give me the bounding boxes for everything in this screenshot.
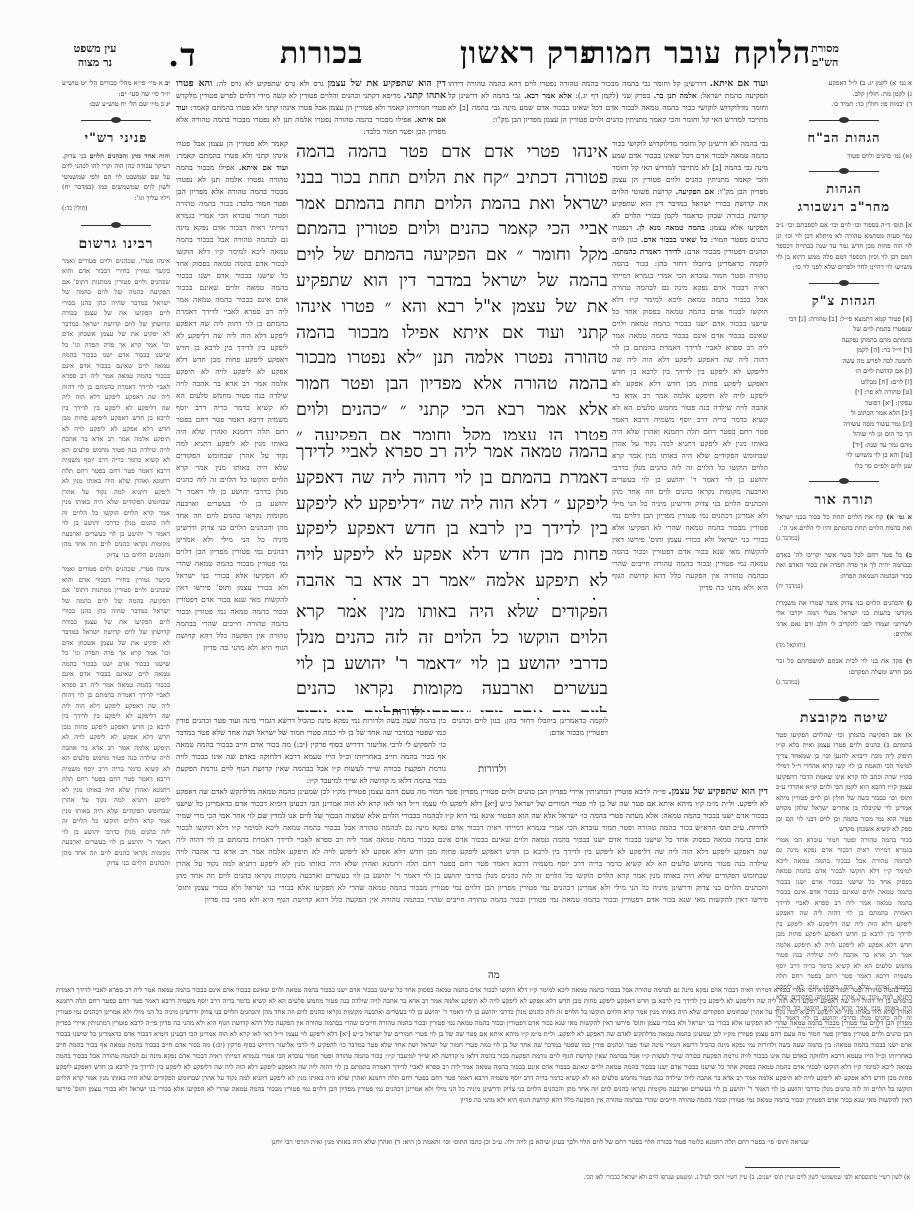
rashi-text-7: לוקמה כדאמרינן ביוזבלו דחזר בהן: (655, 259, 768, 268)
hagahot-tzk-entry: [טו] והא בן לוי משויעו לוי (776, 450, 912, 461)
gemara-line: אביי הכי קאמר כהנים ולוים פטורין בהמתם (296, 217, 608, 243)
rashi-column: גבי בהמה לא דרשינן קל וחומר מדלוקדוש לוק… (612, 138, 768, 698)
ein-mishpat-text: ב מיי׳ שם הל׳ יח טוש״ע שם: (89, 100, 164, 108)
tosafot-top-intro: גרס ולא גרס שתפקיע לא גרס לה: (216, 79, 323, 88)
gemara-line: ישראל ואת בהמת הלוים תחת בהמתם אמר (296, 192, 608, 218)
gemara-line: הפקודים שלא היה באותו מנין אמר קרא (296, 600, 608, 626)
ornament-divider (809, 695, 879, 703)
ein-mishpat-entry: יג ב מיי׳ שם הל׳ יח טוש״ע שם: (62, 99, 170, 110)
hagahot-tzk-entry: [ד] וי״ל כר: [ה] לקמן (776, 345, 912, 356)
hagahot-tzk-entry: להמנה לבה לפרש מה עשה (776, 356, 912, 367)
rashi-lower-right: לוקמה כדאמרינן ביוזבלו דחזר בהן: כגון לו… (452, 715, 608, 775)
gemara-line: פחות מבן חדש דלא אפקע לא ליפקע לויה (296, 543, 608, 569)
ein-mishpat-text: א מיי׳ פי״א מהל׳ בכורים הל׳ יט טוש״ע יו״… (62, 79, 170, 98)
tosafot-lead-3: ועוד אם איתא. (239, 163, 288, 172)
rabbeinu-gershom-text: אינהו פטרי. שכהנים ולוים פטורים ואמר בקש… (62, 256, 170, 561)
masoret-entry: ד) יבמות פו: חולין כד: תמיד כו. (776, 99, 912, 110)
gemara-line: דאמרת בהמתם בן לוי דהוה ליה שה דאפקע (296, 466, 608, 492)
gemara-line: קתני ועוד אם איתא אפילו מבכור בהמה (296, 321, 608, 347)
torah-or-title: תורה אור (776, 491, 912, 509)
pnei-rashi-body: והוה אחד מהן והכהנים הלוים בני צדוק. דעי… (62, 151, 170, 204)
torah-or-verse: ד) פקד את בני לוי לבית אבתם למשפחתם כל ז… (776, 656, 912, 677)
hagahot-tzk-entry: [יב] הלא אמר הכתוב ול (776, 408, 912, 419)
bottom-wide-commentary: בכור בהמה טהורה ופטר חמור עובדא הכי אמרי… (56, 985, 912, 1150)
torah-or-source: (במדבר יח) (776, 582, 912, 593)
rashi-text-2: בפרק שני (לקמן דף יג.): (575, 91, 650, 100)
rashi-lead-7: לדידך דאמרת בהמתם. (612, 247, 681, 256)
gemara-line: ליפקע ״ דלא הוה ליה שה ״דליפקע לא ליפקע (296, 492, 608, 518)
hagahot-tzk-entry: מהם גמר עד שנה: [יד] (776, 440, 912, 451)
gemara-line: בין לדידך בין לרבא בן חדש דאפקע ליפקע (296, 517, 608, 543)
ornament-divider (809, 116, 879, 124)
hagahot-tzk-entry: [יג] גמר עשור מסה עשורה (776, 419, 912, 430)
gemara-text-end: הפקודים שלא היה באותו מנין אמר קרא הלוים… (296, 600, 608, 712)
masoret-entry: ג) לקמן מח. חולין קלב. (776, 89, 912, 100)
rashi-lower-right-text: לוקמה כדאמרינן ביוזבלו דחזר בהן: (504, 716, 608, 725)
page-marker: מה (488, 970, 500, 981)
left-margin: יב א מיי׳ פי״א מהל׳ בכורים הל׳ יט טוש״ע … (62, 78, 170, 978)
torah-or-source: (במדבר ג) (776, 534, 912, 545)
hagahot-maharab-title-1: הגהות (776, 181, 912, 199)
folio-number: ד. (168, 36, 197, 74)
gemara-line: לוים וזה אחד מהן ״והכהנים הלוים בני צדוק (296, 703, 608, 712)
ein-mishpat-label: עין משפט נר מצוה (60, 42, 130, 70)
gemara-line: כדרבי יהושע בן לוי ״דאמר ר' יהושע בן לוי (296, 652, 608, 678)
torah-or-source: (במדבר ג) (776, 678, 912, 689)
rashi-tail: ולדורות (478, 764, 506, 775)
gemara-line: לא תיפקע אלמה ״אמר רב אדא בר אהבה (296, 569, 608, 595)
torah-or-verse: ב) כל פטר רחם לכל בשר אשר יקריבו לה' באד… (776, 550, 912, 582)
gemara-line: טהורה נפטרו אלמה תנן ״לא נפטרו מבכור (296, 346, 608, 372)
masoret-label: מסורת הש"ם (790, 42, 860, 70)
chapter-name: הלוקח עובר חמורו (582, 36, 811, 71)
hagahot-tzk-entry: שנן לוים ולפ״ם סר כלו (776, 461, 912, 472)
tosafot-top-text-3: אפילו מבכור בהמה טהורה נפטרו אלמה תנן לא… (176, 115, 446, 136)
hagahot-bach-title: הגהות הב"ח (776, 130, 912, 148)
torah-or-text: והכהנים הלוים בני צדוק אשר שמרו את משמרת… (776, 599, 912, 639)
gemara-line: פטורה דכתיב ״קח את הלוים תחת בכור בבני (296, 166, 608, 192)
pnei-rashi-title: פניני רש"י (62, 130, 170, 148)
torah-or-source: (יחזקאל מד) (776, 641, 912, 652)
footnote-divider (745, 1167, 840, 1168)
torah-or-marker: ב) (906, 551, 912, 559)
rashi-lead-5: בהמה טמאה מנא לן. (637, 223, 705, 232)
torah-or-marker: ג) (907, 599, 912, 607)
gemara-line: מקל וחומר ״ אם הפקיעה בהמתם של לוים (296, 243, 608, 269)
rashi-lead-6: כל שאינו בבכור אדם. (641, 235, 708, 244)
masoret-label-line2: הש"ם (790, 56, 860, 70)
tosafot-top-block: דין הוא שתפקיע את של עצמן גרס ולא גרס שת… (176, 78, 446, 138)
hagahot-tzk-entry: עפקין: [יא] דפוטר (776, 398, 912, 409)
tosafot-continuation: בכור בהמה טהורה ופטר חמור עובדא הכי אמרי… (176, 199, 288, 652)
masoret-label-line1: מסורת (790, 42, 860, 56)
rashi-lower-text: בין בהמה שעה בשה ולדורות נמי נפקא מינה כ… (176, 716, 446, 785)
pnei-rashi-lead: והוה אחד מהן והכהנים הלוים (90, 152, 170, 160)
ornament-divider (81, 221, 151, 229)
rashi-lead-4: אם הפקיעה. (675, 187, 714, 196)
tosafot-top-lead: דין הוא שתפקיע את של עצמן (328, 78, 446, 89)
ornament-divider (81, 116, 151, 124)
tosafot-lower-text-3: בכור בהמה טהורה ופטר חמור עובדא הכי אמרי… (176, 823, 768, 904)
rabbeinu-gershom-title: רבינו גרשום (62, 235, 170, 253)
ein-mishpat-marker: יב (165, 79, 170, 87)
ornament-divider (809, 167, 879, 175)
rashi-dibbur-hamatchil: ועוד אם איתא. (710, 78, 768, 89)
hagahot-tzk-entry: [ט] טהורה לא פר: [י] (776, 387, 912, 398)
gemara-line: הלוים הוקשו כל הלוים זה לזה כהנים מנלן (296, 626, 608, 652)
tosafot-column: דין הוא שתפקיע את של עצמן גרס ולא גרס שת… (176, 78, 288, 700)
tosafot-lower-lead: דין הוא שתפקיע של עצמן. (668, 786, 768, 797)
ein-mishpat-entry: יב א מיי׳ פי״א מהל׳ בכורים הל׳ יט טוש״ע … (62, 78, 170, 99)
hagahot-tzk-entry: [ו] אם קדושת לוים הו (776, 366, 912, 377)
ein-mishpat-marker: יג (166, 100, 170, 108)
rashi-lead-2: אלמה תנן בר. (654, 91, 697, 100)
rashi-lead-3: אלא אמר רבא. (524, 91, 572, 100)
gemara-line: אלא אמר רבא הכי קתני ״ ״כהנים ולוים (296, 398, 608, 424)
torah-or-verse: ג) והכהנים הלוים בני צדוק אשר שמרו את מש… (776, 598, 912, 640)
torah-or-text: פקד את בני לוי לבית אבתם למשפחתם כל זכר … (776, 657, 912, 676)
gemara-line: בעשרים וארבעה מקומות נקראו כהנים (296, 677, 608, 703)
gemara-line: בהמה טמאה אמר ליה רב ספרא לאביי לדידך (296, 440, 608, 466)
hagahot-tzk-title: הגהות צ"ק (776, 293, 912, 311)
hagahot-maharab-title-2: מהר"ב רנשבורג (776, 199, 912, 217)
hagahot-maharab-text: א] תוס׳ ד״ה בספור וכו׳ לוים וכו׳ אם לספב… (776, 220, 912, 273)
rashi-top-block: ועוד אם איתא. דדרשינן קל וחומר גבי בהמה … (448, 78, 768, 138)
hagahot-tzk-entry: [א] פטור קמא דתמצא פי״ל: [ב] טהורה: [ג] … (776, 314, 912, 325)
tractate-name: בכורות (280, 36, 364, 71)
ein-mishpat-label-line1: עין משפט (60, 42, 130, 56)
torah-or-text: כל פטר רחם לכל בשר אשר יקריבו לה' באדם ו… (776, 551, 912, 580)
ein-mishpat-label-line2: נר מצוה (60, 56, 130, 70)
torah-or-verse: א גמ׳ א) קח את הלוים תחת כל בכור בבני יש… (776, 512, 912, 533)
hagahot-bach-text: (א) גמ׳ כהנים ולוים פטור (776, 151, 912, 162)
rashi-lower-block: בין בהמה שעה בשה ולדורות נמי נפקא מינה כ… (176, 715, 446, 785)
shita-mekubetzet-title: שיטה מקובצת (776, 709, 912, 727)
gemara-line: בהמה טהורה אלא מפדיון הבן ופטר חמור (296, 372, 608, 398)
ornament-divider (809, 279, 879, 287)
hagahot-tzk-entry: בהמתם מהם בהמתן נפקעה (776, 335, 912, 346)
tosafot-lower-block: דין הוא שתפקיע של עצמן. פי״ה לרבא פוטרין… (176, 786, 768, 964)
hagahot-tzk-entry: [ז] לוים: [ח] מבלוט (776, 377, 912, 388)
chapter-number: פרק ראשון (460, 36, 597, 71)
right-margin: א גמ׳ א) לקמן יג. ב) ל״ל דאפקע ג) לקמן מ… (776, 78, 912, 1028)
pnei-rashi-source: (חולין כד:) (62, 204, 170, 215)
gemara-line: את של עצמן א"ל רבא והא ״ פטרו אינהו (296, 295, 608, 321)
shita-mekubetzet-text: א) אם הפקיעה בהמתן וכו׳ שהלוים הפקיעו פט… (776, 730, 912, 835)
gemara-line: אינהו פטרי אדם אדם פטר בהמה בהמה (296, 140, 608, 166)
hagahot-tzk-entry: הך כר הום ונן לוי שוהל (776, 429, 912, 440)
gemara-line: בהמה של ישראל במדבר דין הוא שתפקיע (296, 269, 608, 295)
bottom-wide-text-1: בכור בהמה טהורה ופטר חמור עובדא הכי אמרי… (56, 986, 912, 1027)
footnotes: א) לשון רש״י מתוספתא ולפי שמשמשי לשון לו… (250, 1173, 910, 1187)
rashi-continuation: בכור בהמה טהורה ופטר חמור עובדא הכי אמרי… (612, 259, 768, 592)
hagahot-tzk-entry: שנפטרו בהמת לוים של (776, 324, 912, 335)
masoret-entry: א גמ׳ א) לקמן יג. ב) ל״ל דאפקע (776, 78, 912, 89)
ornament-divider (809, 477, 879, 485)
bottom-last-line: שנראה ותוס׳ פי׳ בפטר רחם תלה רחמנא כלומר… (260, 1137, 820, 1149)
torah-or-marker: ד) (906, 657, 912, 665)
torah-or-marker: א גמ׳ א) (886, 513, 912, 521)
rabbeinu-gershom-text-cont: אינהו פטרי. שכהנים ולוים פטורים ואמר בקש… (62, 564, 170, 869)
